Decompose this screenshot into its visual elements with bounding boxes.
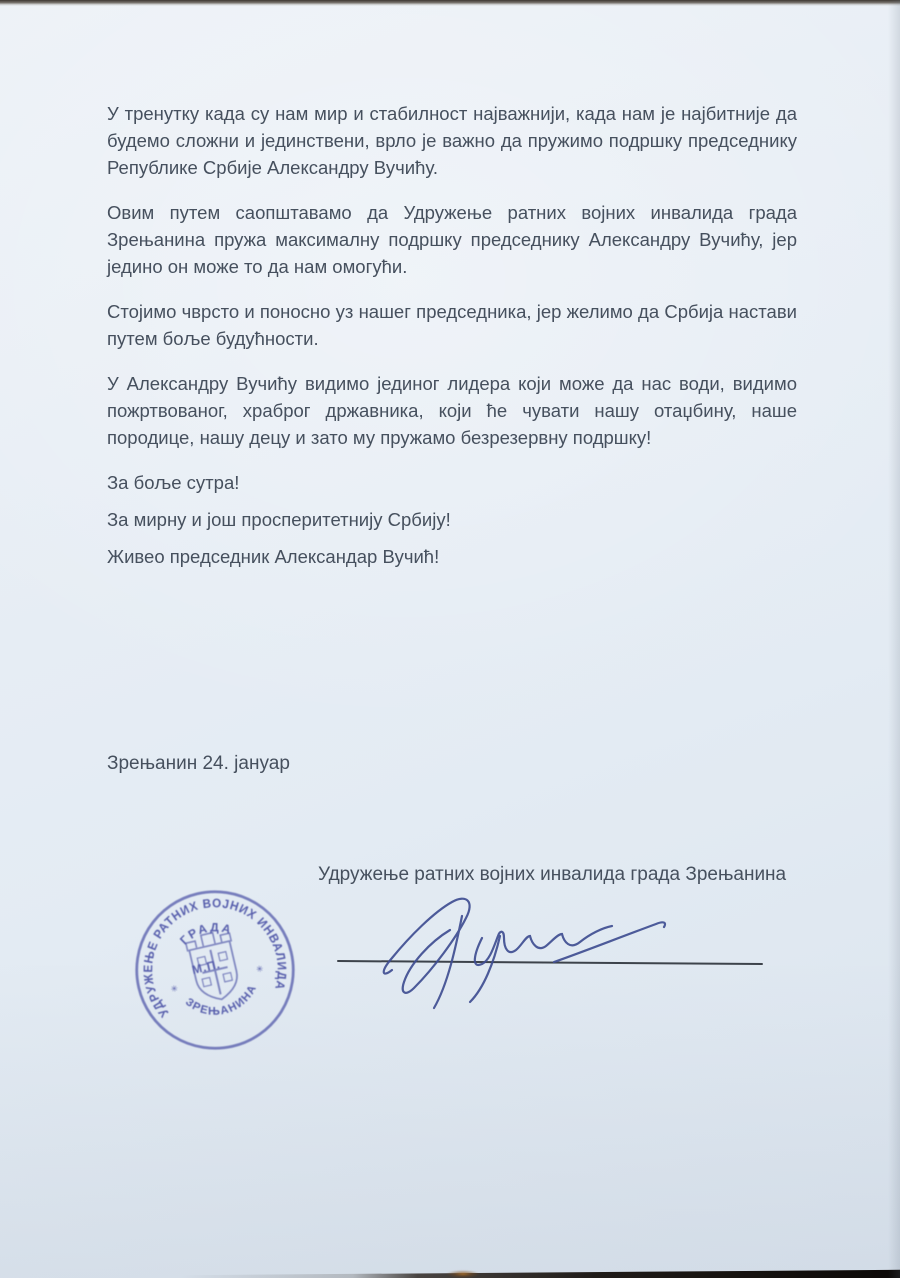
letter-paragraph: У Александру Вучићу видимо јединог лидер… — [107, 370, 797, 451]
signatory-organization: Удружење ратних војних инвалида града Зр… — [318, 864, 786, 886]
stamp-mp-text: М.П. — [191, 957, 222, 977]
dateline: Зрењанин 24. јануар — [107, 753, 290, 775]
slogan-line: За мирну и још просперитетнију Србију! — [107, 506, 797, 533]
photo-right-edge — [888, 0, 900, 1278]
letter-paragraph: Стојимо чврсто и поносно уз нашег предсе… — [107, 298, 797, 352]
slogan-line: Живео председник Александар Вучић! — [107, 543, 797, 570]
stamp-star-icon: ✳ — [170, 984, 179, 995]
photo-top-edge — [0, 0, 900, 6]
document-photo: У тренутку када су нам мир и стабилност … — [0, 0, 900, 1278]
photo-bottom-edge — [180, 1268, 900, 1278]
svg-text:ЗРЕЊАНИНА: ЗРЕЊАНИНА — [181, 980, 264, 1025]
stamp-inner-top-text: ГРАДА — [175, 915, 237, 949]
signature-handwriting — [362, 890, 682, 1012]
letter-paragraph: У тренутку када су нам мир и стабилност … — [107, 100, 797, 181]
letter-body: У тренутку када су нам мир и стабилност … — [107, 100, 797, 580]
slogan-line: За боље сутра! — [107, 469, 797, 496]
stamp-graphic: УДРУЖЕЊЕ РАТНИХ ВОЈНИХ ИНВАЛИДА ГРАДА ЗР… — [129, 884, 301, 1056]
stamp-star-icon: ✳ — [255, 964, 264, 975]
official-stamp: УДРУЖЕЊЕ РАТНИХ ВОЈНИХ ИНВАЛИДА ГРАДА ЗР… — [129, 884, 301, 1056]
svg-text:ГРАДА: ГРАДА — [175, 915, 237, 949]
stamp-inner-bottom-text: ЗРЕЊАНИНА — [181, 980, 264, 1025]
signature-graphic — [362, 890, 682, 1012]
letter-paragraph: Овим путем саопштавамо да Удружење ратни… — [107, 199, 797, 280]
photo-bottom-edge-accent — [446, 1270, 480, 1278]
